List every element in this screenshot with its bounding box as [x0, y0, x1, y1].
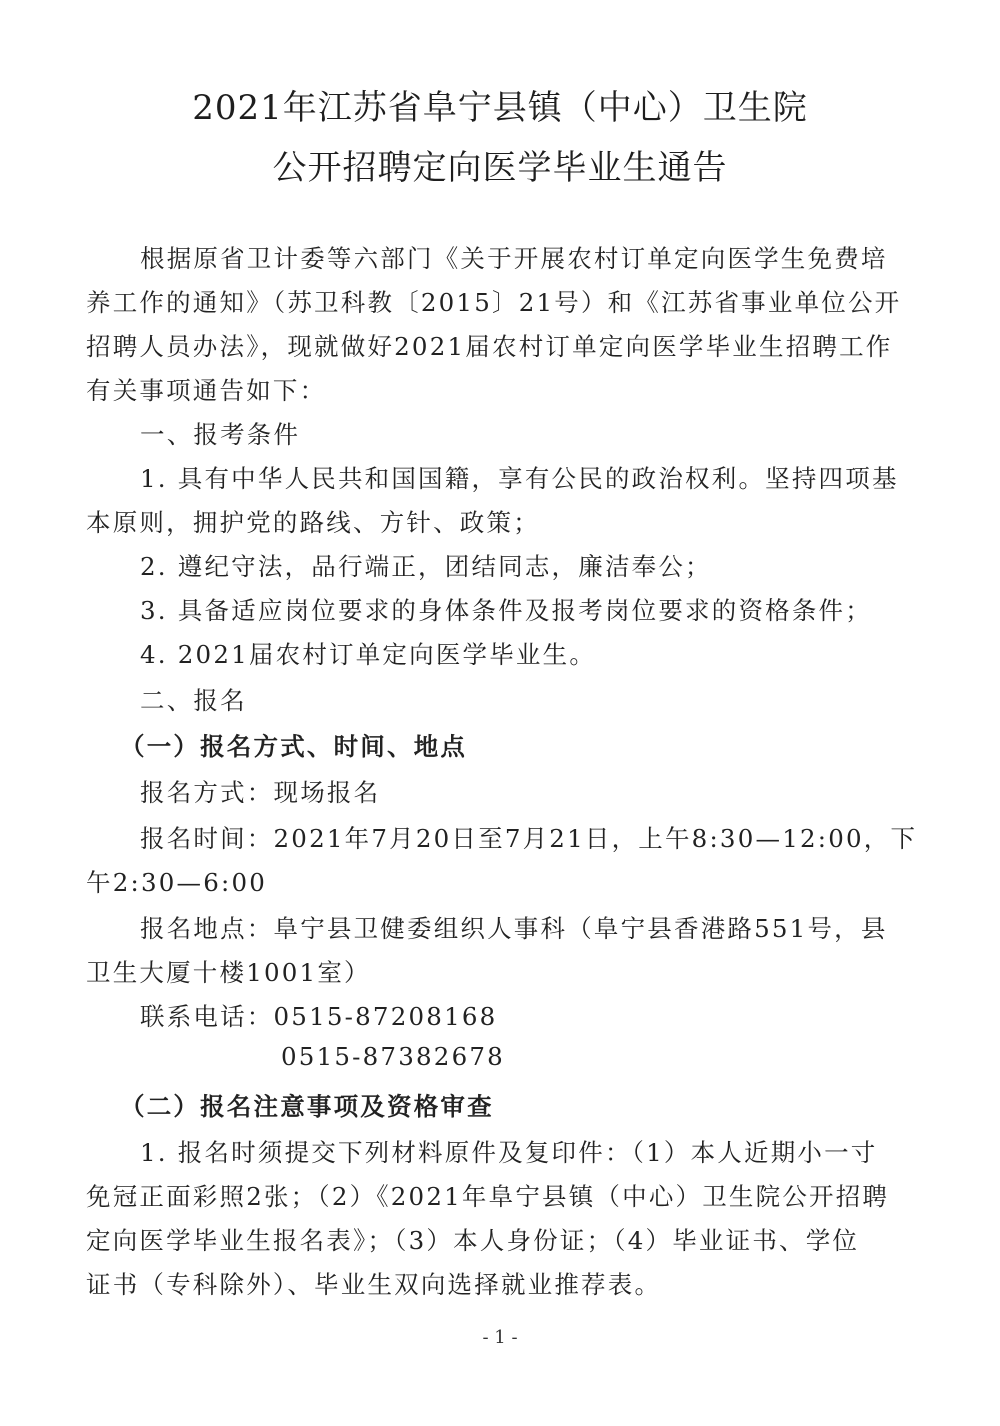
contact-phone-2: 0515-87382678 — [281, 1042, 1000, 1071]
sub2-line: 免冠正面彩照2张；（2）《2021年阜宁县镇（中心）卫生院公开招聘 — [86, 1178, 926, 1213]
sub2-line: 1. 报名时须提交下列材料原件及复印件：（1）本人近期小一寸 — [140, 1134, 930, 1169]
section1-item: 本原则，拥护党的路线、方针、政策； — [86, 504, 926, 539]
section1-item: 1. 具有中华人民共和国国籍，享有公民的政治权利。坚持四项基 — [140, 460, 930, 495]
sub2-line: 定向医学毕业生报名表》；（3）本人身份证；（4）毕业证书、学位 — [86, 1222, 926, 1257]
registration-time-cont: 午2:30—6:00 — [86, 864, 926, 899]
registration-place: 报名地点：阜宁县卫健委组织人事科（阜宁县香港路551号，县 — [140, 910, 930, 945]
intro-paragraph-line: 养工作的通知》（苏卫科教〔2015〕21号）和《江苏省事业单位公开 — [86, 284, 926, 319]
section1-item: 4. 2021届农村订单定向医学毕业生。 — [140, 636, 930, 671]
intro-paragraph-line: 根据原省卫计委等六部门《关于开展农村订单定向医学生免费培 — [140, 240, 930, 275]
page-number: - 1 - — [0, 1327, 1000, 1348]
section1-item: 2. 遵纪守法，品行端正，团结同志，廉洁奉公； — [140, 548, 930, 583]
document-title-line2: 公开招聘定向医学毕业生通告 — [0, 140, 1000, 189]
section2-heading: 二、报名 — [140, 682, 930, 717]
section1-heading: 一、报考条件 — [140, 416, 930, 451]
registration-place-cont: 卫生大厦十楼1001室） — [86, 954, 926, 989]
registration-time: 报名时间：2021年7月20日至7月21日，上午8:30—12:00，下 — [140, 820, 930, 855]
document-title-line1: 2021年江苏省阜宁县镇（中心）卫生院 — [0, 80, 1000, 129]
intro-paragraph-line: 有关事项通告如下： — [86, 372, 926, 407]
document-page: 2021年江苏省阜宁县镇（中心）卫生院 公开招聘定向医学毕业生通告 根据原省卫计… — [0, 0, 1000, 1426]
section2-sub2-heading: （二）报名注意事项及资格审查 — [120, 1088, 910, 1123]
contact-phone: 联系电话：0515-87208168 — [140, 998, 930, 1033]
sub2-line: 证书（专科除外）、毕业生双向选择就业推荐表。 — [86, 1266, 926, 1301]
registration-method: 报名方式：现场报名 — [140, 774, 930, 809]
intro-paragraph-line: 招聘人员办法》，现就做好2021届农村订单定向医学毕业生招聘工作 — [86, 328, 926, 363]
section1-item: 3. 具备适应岗位要求的身体条件及报考岗位要求的资格条件； — [140, 592, 930, 627]
section2-sub1-heading: （一）报名方式、时间、地点 — [120, 728, 910, 763]
